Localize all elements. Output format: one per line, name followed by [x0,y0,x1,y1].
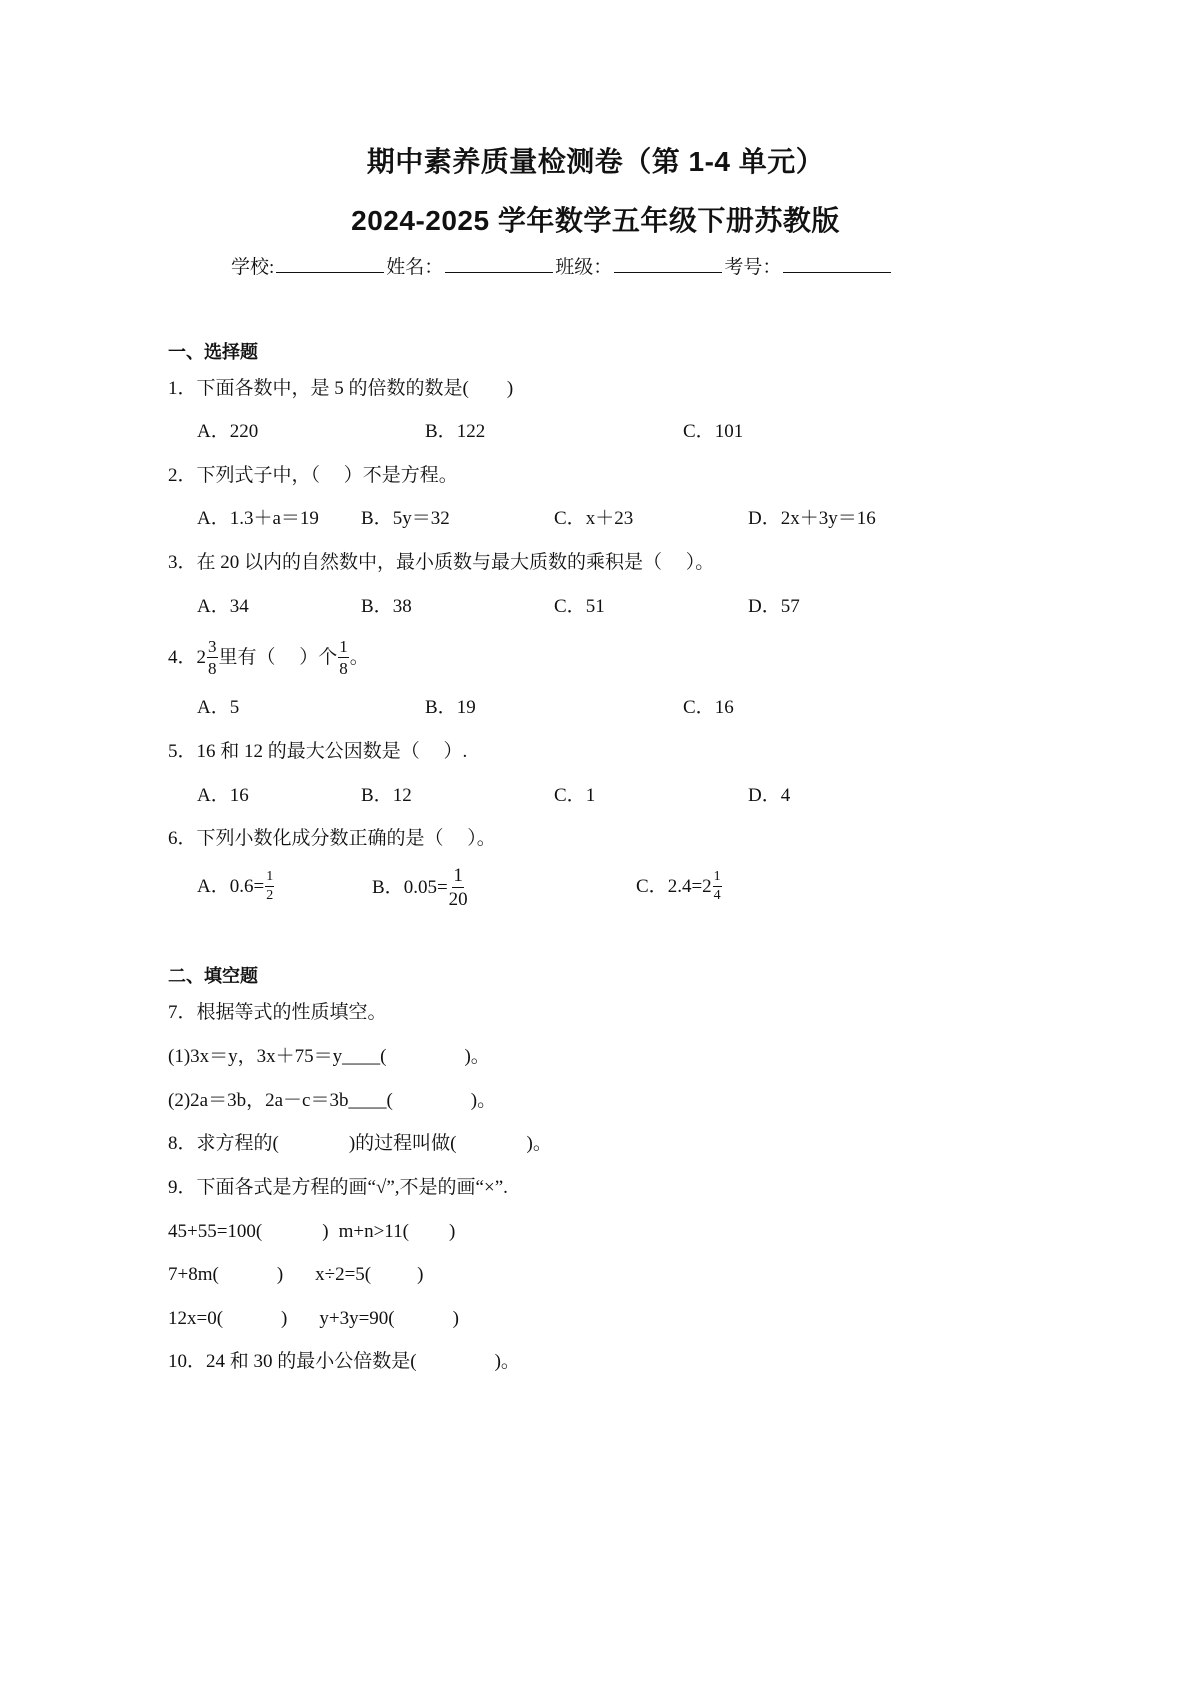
mixed-number-whole: 2 [197,647,207,668]
option-text: 1 [586,785,596,806]
option-text: 0.6= [230,876,264,897]
option-text: 1.3＋a＝19 [230,508,319,529]
option-label: A． [197,876,230,897]
numerator: 1 [265,870,274,887]
question-text: 下列式子中，（ ）不是方程。 [197,465,458,486]
expression: m+n>11( [339,1221,409,1242]
question-text: 下面各数中，是 5 的倍数的数是( ) [197,378,514,399]
numerator: 1 [713,870,722,887]
q1-option-b[interactable]: B．122 [425,422,485,441]
question-7-part-1: (1)3x＝y，3x＋75＝y____()。 [168,1047,490,1066]
question-end: 。 [350,647,369,668]
option-label: B． [361,508,393,529]
class-label: 班级： [555,257,612,278]
q3-option-d[interactable]: D．57 [748,597,800,616]
numerator: 1 [338,638,349,658]
expression: 45+55=100( [168,1221,262,1242]
fraction: 14 [713,870,722,903]
option-text: 122 [457,421,486,442]
q9-row-2: 7+8m()x÷2=5() [168,1265,423,1284]
question-text: 下面各式是方程的画“√”,不是的画“×”. [197,1177,508,1198]
q5-option-a[interactable]: A．16 [197,786,249,805]
question-2: 2．下列式子中，（ ）不是方程。 [168,466,458,485]
question-text: 下列小数化成分数正确的是（ ）。 [197,828,496,849]
question-6: 6．下列小数化成分数正确的是（ ）。 [168,829,496,848]
option-label: D． [748,508,781,529]
option-label: C． [683,421,715,442]
option-text: 51 [586,596,605,617]
fraction: 120 [449,866,468,909]
student-info-line: 学校:姓名：班级：考号： [231,256,893,277]
class-field[interactable] [614,256,722,273]
paren-close: ) [277,1264,283,1285]
option-label: C． [554,508,586,529]
denominator: 8 [208,658,217,677]
denominator: 4 [714,887,721,903]
question-number: 8． [168,1133,197,1154]
q6-option-c[interactable]: C．2.4=214 [636,870,723,903]
option-label: B． [425,421,457,442]
option-label: A． [197,697,230,718]
option-text: 0.05= [404,877,448,898]
exam-number-field[interactable] [783,256,891,273]
option-label: D． [748,596,781,617]
denominator: 20 [449,888,468,909]
name-field[interactable] [445,256,553,273]
section-heading-choice: 一、选择题 [168,343,258,361]
option-text: 4 [781,785,791,806]
q2-option-a[interactable]: A．1.3＋a＝19 [197,509,319,528]
option-label: A． [197,421,230,442]
question-number: 9． [168,1177,197,1198]
denominator: 8 [339,658,348,677]
option-label: B． [361,596,393,617]
option-text: 38 [393,596,412,617]
paren-close: ) [281,1308,287,1329]
question-text: 根据等式的性质填空。 [197,1002,387,1023]
denominator: 2 [266,887,273,903]
q4-option-b[interactable]: B．19 [425,698,476,717]
q1-option-c[interactable]: C．101 [683,422,743,441]
option-text: 34 [230,596,249,617]
q4-option-c[interactable]: C．16 [683,698,734,717]
q6-option-a[interactable]: A．0.6=12 [197,870,275,903]
question-number: 5． [168,741,197,762]
option-text: x＋23 [586,508,634,529]
numerator: 1 [452,866,464,888]
question-number: 10． [168,1351,206,1372]
school-field[interactable] [276,256,384,273]
option-label: B． [425,697,457,718]
question-text: 16 和 12 的最大公因数是（ ）. [197,741,468,762]
paren-close: ) [453,1308,459,1329]
question-number: 1． [168,378,197,399]
question-number: 7． [168,1002,197,1023]
option-label: B． [361,785,393,806]
question-4: 4．238里有（ ）个18。 [168,638,369,677]
exam-title: 期中素养质量检测卷（第 1-4 单元） [0,148,1191,176]
q2-option-c[interactable]: C．x＋23 [554,509,633,528]
option-text: 2.4=2 [668,876,712,897]
exam-number-label: 考号： [724,257,781,278]
paren-close: ) [449,1221,455,1242]
option-text: 57 [781,596,800,617]
numerator: 3 [207,638,218,658]
question-number: 6． [168,828,197,849]
option-label: C． [554,596,586,617]
q3-option-b[interactable]: B．38 [361,597,412,616]
q3-option-a[interactable]: A．34 [197,597,249,616]
paren-close: ) [322,1221,328,1242]
sub-question-text: (1)3x＝y，3x＋75＝y____( [168,1046,386,1067]
sub-question-text: (2)2a＝3b，2a－c＝3b____( [168,1090,393,1111]
fraction-one-eighth: 18 [338,638,349,677]
expression: y+3y=90( [319,1308,394,1329]
option-label: C． [683,697,715,718]
option-text: 220 [230,421,259,442]
question-1: 1．下面各数中，是 5 的倍数的数是( ) [168,379,513,398]
q2-option-d[interactable]: D．2x＋3y＝16 [748,509,876,528]
exam-subtitle: 2024-2025 学年数学五年级下册苏教版 [0,207,1191,235]
q3-option-c[interactable]: C．51 [554,597,605,616]
name-label: 姓名： [386,257,443,278]
question-9: 9．下面各式是方程的画“√”,不是的画“×”. [168,1178,508,1197]
question-text: 24 和 30 的最小公倍数是( [206,1351,417,1372]
option-label: A． [197,785,230,806]
expression: 12x=0( [168,1308,223,1329]
paren-close: ) [417,1264,423,1285]
q5-option-c[interactable]: C．1 [554,786,595,805]
question-5: 5．16 和 12 的最大公因数是（ ）. [168,742,467,761]
fraction-three-eighths: 38 [207,638,218,677]
question-text: 里有（ ）个 [219,647,338,668]
question-number: 4． [168,647,197,668]
option-label: C． [554,785,586,806]
option-label: B． [372,877,404,898]
question-7-part-2: (2)2a＝3b，2a－c＝3b____()。 [168,1091,496,1110]
question-8: 8．求方程的()的过程叫做()。 [168,1134,552,1153]
question-number: 3． [168,552,197,573]
option-text: 5 [230,697,240,718]
option-text: 19 [457,697,476,718]
question-end: )。 [527,1133,552,1154]
question-number: 2． [168,465,197,486]
option-text: 16 [715,697,734,718]
question-10: 10．24 和 30 的最小公倍数是()。 [168,1352,520,1371]
school-label: 学校: [231,257,274,278]
question-3: 3．在 20 以内的自然数中，最小质数与最大质数的乘积是（ ）。 [168,553,714,572]
q2-option-b[interactable]: B．5y＝32 [361,509,450,528]
option-label: C． [636,876,668,897]
sub-question-end: )。 [464,1046,489,1067]
q5-option-b[interactable]: B．12 [361,786,412,805]
fraction: 12 [265,870,274,903]
q9-row-1: 45+55=100()m+n>11() [168,1222,455,1241]
option-text: 12 [393,785,412,806]
option-text: 5y＝32 [393,508,450,529]
q9-row-3: 12x=0()y+3y=90() [168,1309,459,1328]
question-text: 在 20 以内的自然数中，最小质数与最大质数的乘积是（ ）。 [197,552,715,573]
option-label: A． [197,596,230,617]
expression: x÷2=5( [315,1264,371,1285]
option-label: A． [197,508,230,529]
question-7: 7．根据等式的性质填空。 [168,1003,387,1022]
question-end: )。 [495,1351,520,1372]
option-text: 101 [715,421,744,442]
question-text: )的过程叫做( [349,1133,457,1154]
expression: 7+8m( [168,1264,219,1285]
question-text: 求方程的( [197,1133,279,1154]
q4-option-a[interactable]: A．5 [197,698,239,717]
option-text: 2x＋3y＝16 [781,508,876,529]
q5-option-d[interactable]: D．4 [748,786,790,805]
option-text: 16 [230,785,249,806]
sub-question-end: )。 [471,1090,496,1111]
q6-option-b[interactable]: B．0.05=120 [372,866,469,909]
section-heading-fill-blank: 二、填空题 [168,967,258,985]
option-label: D． [748,785,781,806]
q1-option-a[interactable]: A．220 [197,422,258,441]
